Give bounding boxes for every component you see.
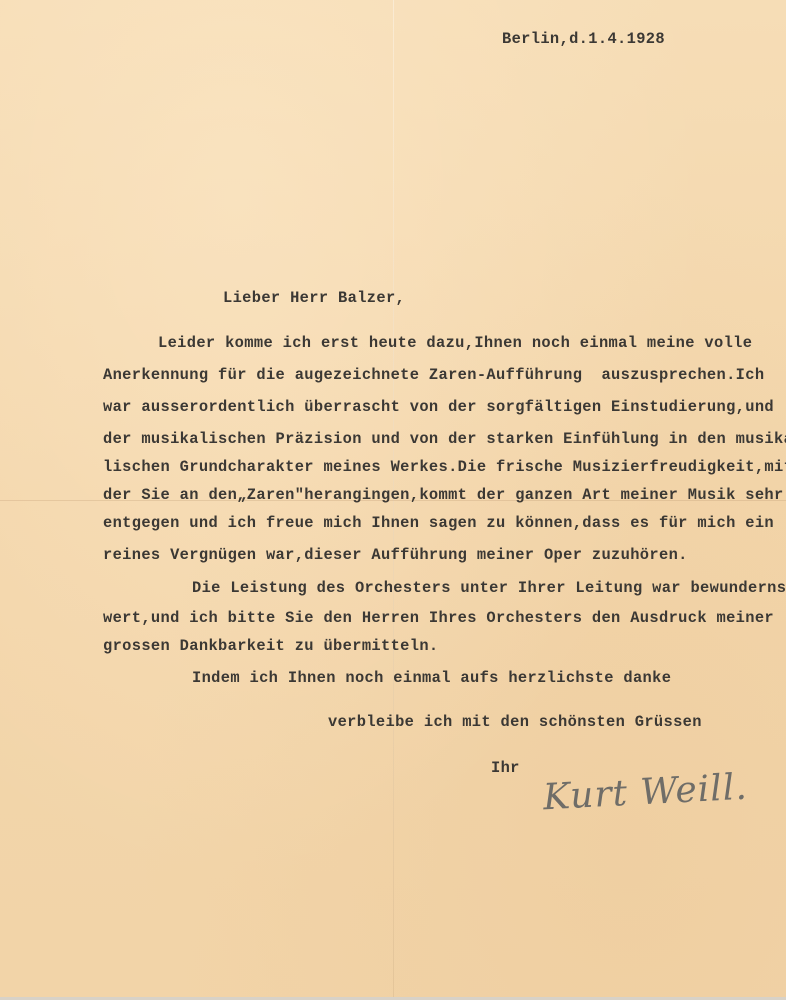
dateline: Berlin,d.1.4.1928 xyxy=(502,30,665,48)
body-line-7: entgegen und ich freue mich Ihnen sagen … xyxy=(103,514,774,532)
body-line-2: Anerkennung für die augezeichnete Zaren-… xyxy=(103,366,764,384)
body-line-5: lischen Grundcharakter meines Werkes.Die… xyxy=(103,458,786,476)
body-line-10: wert,und ich bitte Sie den Herren Ihres … xyxy=(103,609,774,627)
body-line-9: Die Leistung des Orchesters unter Ihrer … xyxy=(192,579,786,597)
body-line-6: der Sie an den„Zaren"herangingen,kommt d… xyxy=(103,486,784,504)
closing-pronoun: Ihr xyxy=(491,759,520,777)
body-line-3: war ausserordentlich überrascht von der … xyxy=(103,398,774,416)
salutation: Lieber Herr Balzer, xyxy=(223,289,405,307)
body-line-8: reines Vergnügen war,dieser Aufführung m… xyxy=(103,546,688,564)
body-line-11: grossen Dankbarkeit zu übermitteln. xyxy=(103,637,439,655)
closing: verbleibe ich mit den schönsten Grüssen xyxy=(328,713,702,731)
body-line-4: der musikalischen Präzision und von der … xyxy=(103,430,786,448)
body-line-12: Indem ich Ihnen noch einmal aufs herzlic… xyxy=(192,669,671,687)
body-line-1: Leider komme ich erst heute dazu,Ihnen n… xyxy=(158,334,752,352)
